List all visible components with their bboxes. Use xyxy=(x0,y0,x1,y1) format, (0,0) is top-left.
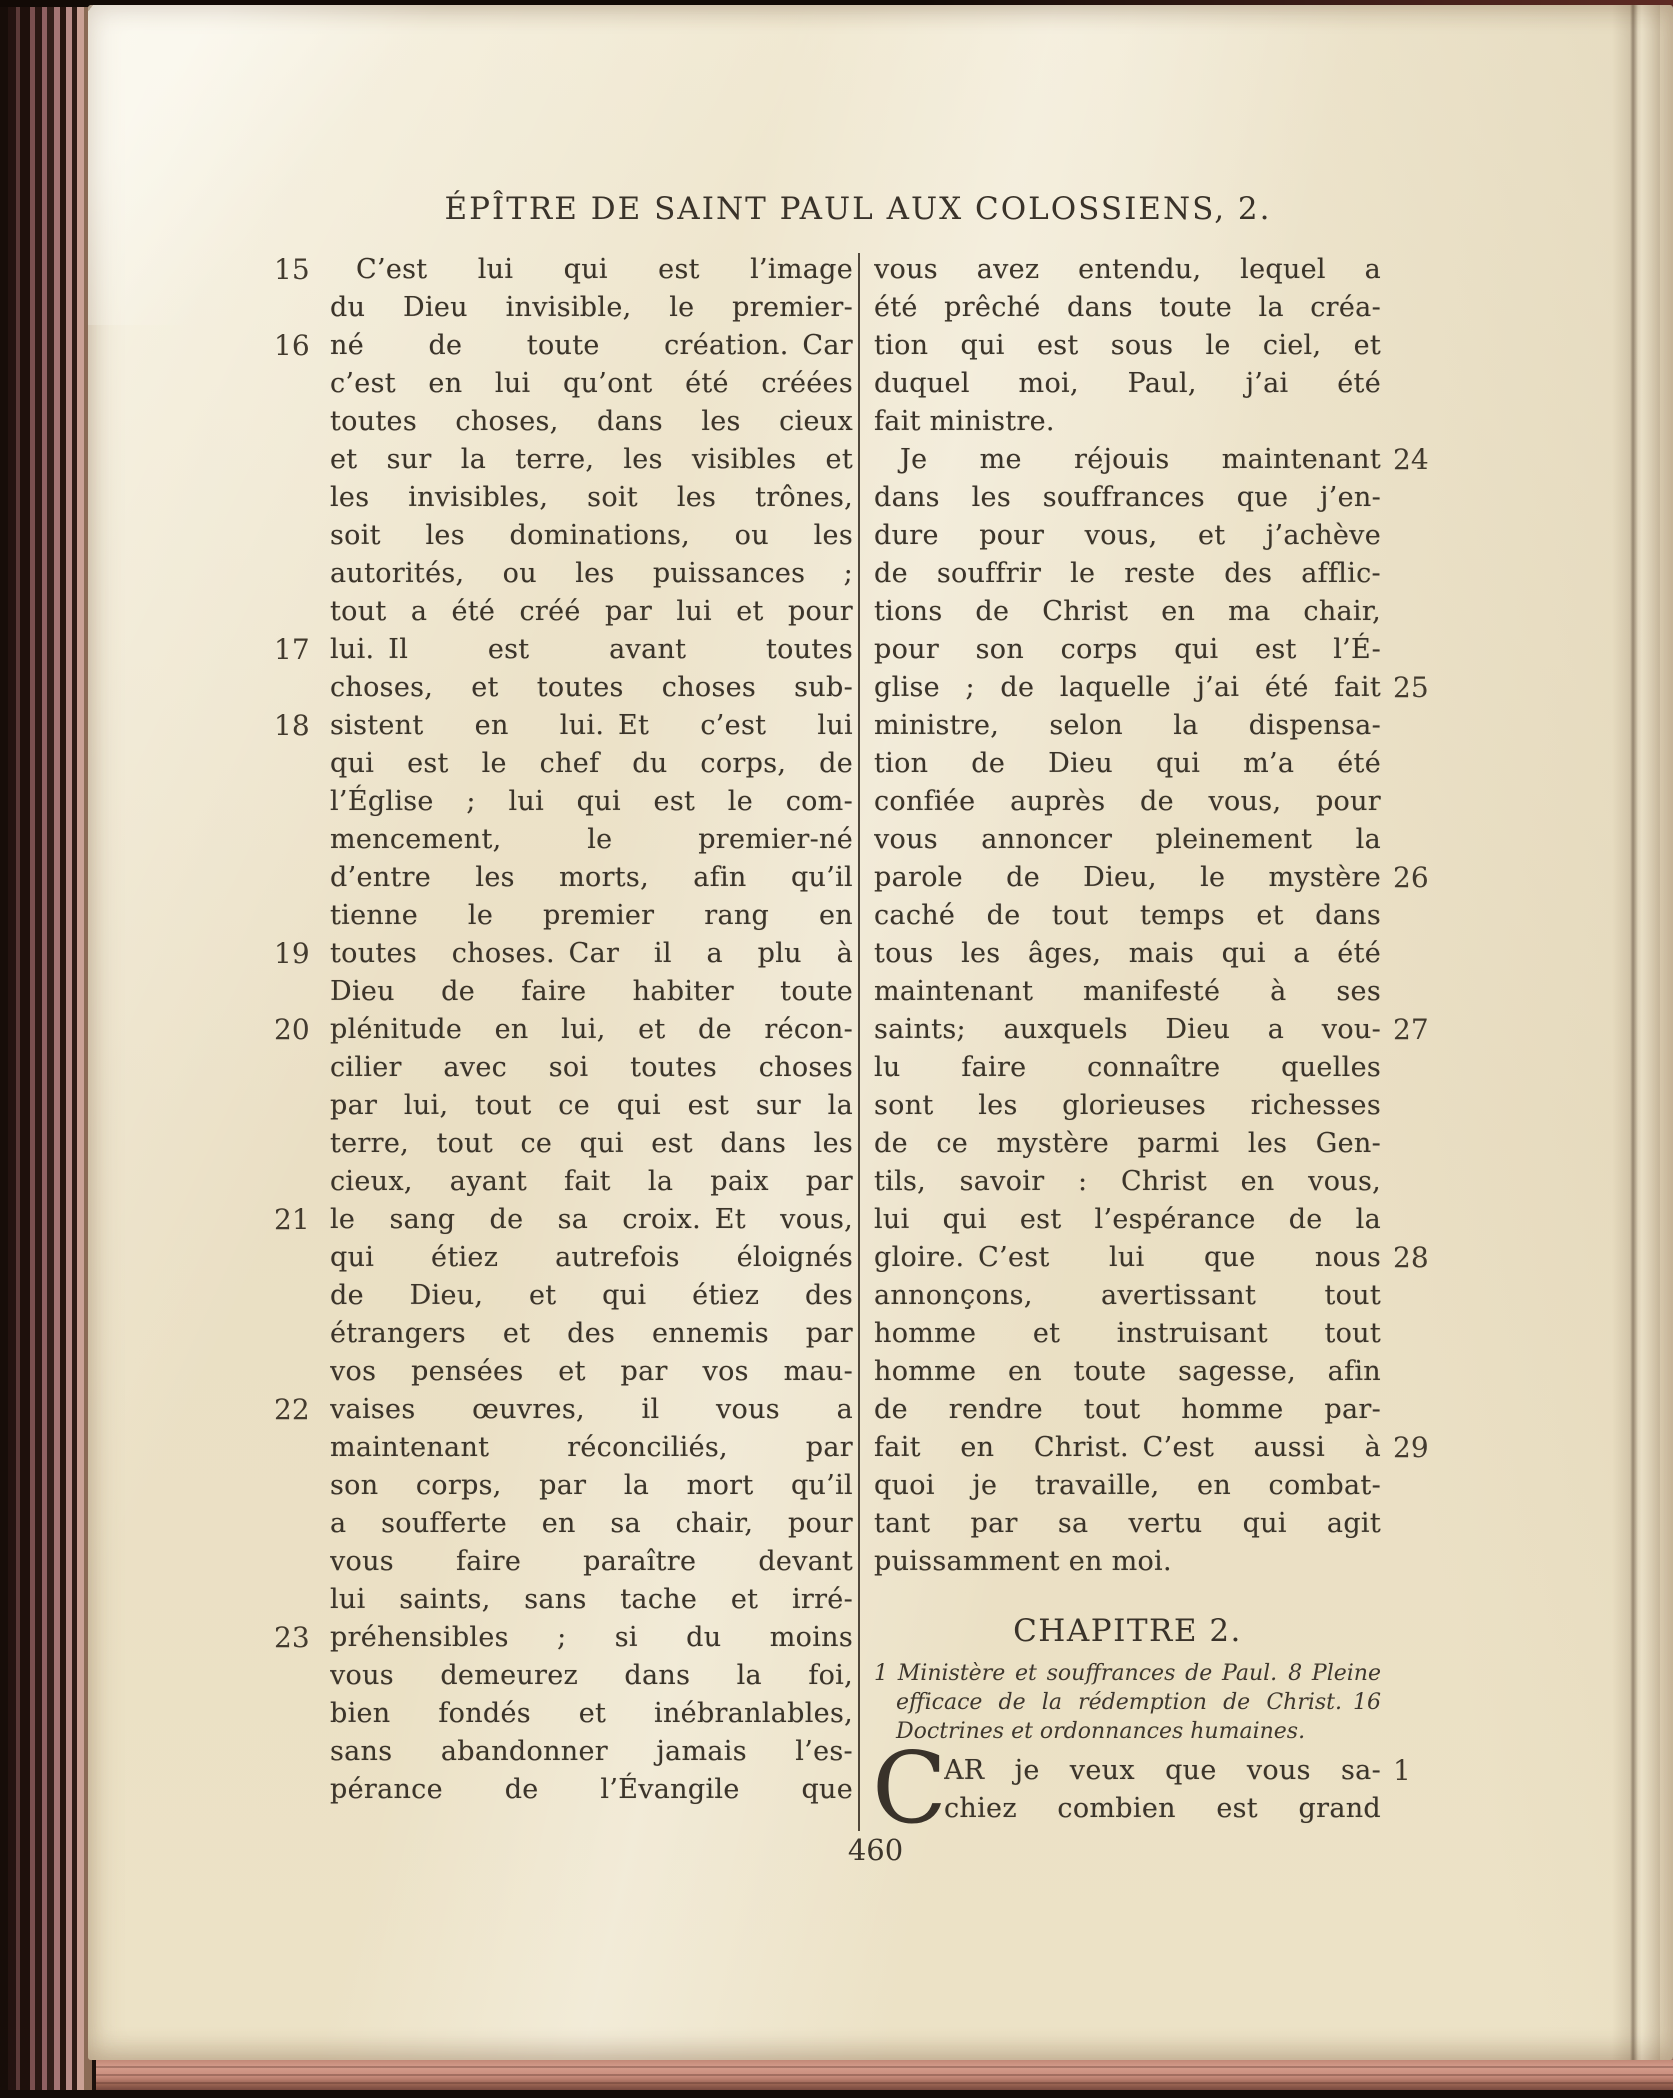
verse-number xyxy=(1393,631,1437,669)
verse-text: de rendre tout homme par- xyxy=(874,1391,1381,1429)
book-edge-bottom-shadow xyxy=(0,2090,1673,2098)
verse-text: l’Église ; lui qui est le com- xyxy=(330,783,853,821)
verse-number xyxy=(268,1733,330,1771)
verse-text: toutes choses. Car il a plu à xyxy=(330,935,853,973)
verse-number xyxy=(268,1087,330,1125)
verse-line: lui qui est l’espérance de la xyxy=(874,1201,1437,1239)
verse-line: 17lui. Il est avant toutes xyxy=(268,631,853,669)
verse-number xyxy=(1393,1049,1437,1087)
book-page-edges-left xyxy=(0,0,92,2098)
verse-text: chiez combien est grand xyxy=(944,1790,1381,1828)
verse-line: 18sistent en lui. Et c’est lui xyxy=(268,707,853,745)
verse-text: le sang de sa croix. Et vous, xyxy=(330,1201,853,1239)
verse-text: caché de tout temps et dans xyxy=(874,897,1381,935)
verse-line: soit les dominations, ou les xyxy=(268,517,853,555)
verse-line: c’est en lui qu’ont été créées xyxy=(268,365,853,403)
verse-line: 19toutes choses. Car il a plu à xyxy=(268,935,853,973)
verse-line: Dieu de faire habiter toute xyxy=(268,973,853,1011)
verse-text: mencement, le premier-né xyxy=(330,821,853,859)
verse-number xyxy=(1393,593,1437,631)
verse-text: par lui, tout ce qui est sur la xyxy=(330,1087,853,1125)
verse-line: 20plénitude en lui, et de récon- xyxy=(268,1011,853,1049)
verse-line: Je me réjouis maintenant24 xyxy=(874,441,1437,479)
verse-text: les invisibles, soit les trônes, xyxy=(330,479,853,517)
verse-text: lu faire connaître quelles xyxy=(874,1049,1381,1087)
verse-text: vous annoncer pleinement la xyxy=(874,821,1381,859)
verse-line: sont les glorieuses richesses xyxy=(874,1087,1437,1125)
verse-number: 17 xyxy=(268,631,330,669)
verse-line: d’entre les morts, afin qu’il xyxy=(268,859,853,897)
verse-text: glise ; de laquelle j’ai été fait xyxy=(874,669,1381,707)
verse-line: l’Église ; lui qui est le com- xyxy=(268,783,853,821)
verse-text: tant par sa vertu qui agit xyxy=(874,1505,1381,1543)
verse-number xyxy=(268,593,330,631)
verse-line: tils, savoir : Christ en vous, xyxy=(874,1163,1437,1201)
verse-line: maintenant réconciliés, par xyxy=(268,1429,853,1467)
verse-text: confiée auprès de vous, pour xyxy=(874,783,1381,821)
verse-text: ministre, selon la dispensa- xyxy=(874,707,1381,745)
verse-line: tions de Christ en ma chair, xyxy=(874,593,1437,631)
chapter-opening-paragraph: CAR je veux que vous sa-1chiez combien e… xyxy=(874,1752,1437,1828)
verse-text: c’est en lui qu’ont été créées xyxy=(330,365,853,403)
verse-text: lui saints, sans tache et irré- xyxy=(330,1581,853,1619)
verse-text: a soufferte en sa chair, pour xyxy=(330,1505,853,1543)
verse-line: de souffrir le reste des afflic- xyxy=(874,555,1437,593)
verse-number xyxy=(1393,707,1437,745)
verse-text: sans abandonner jamais l’es- xyxy=(330,1733,853,1771)
verse-line: de Dieu, et qui étiez des xyxy=(268,1277,853,1315)
verse-line: parole de Dieu, le mystère26 xyxy=(874,859,1437,897)
verse-text: homme en toute sagesse, afin xyxy=(874,1353,1381,1391)
verse-line: AR je veux que vous sa-1 xyxy=(874,1752,1437,1790)
verse-line: les invisibles, soit les trônes, xyxy=(268,479,853,517)
verse-line: lui saints, sans tache et irré- xyxy=(268,1581,853,1619)
verse-text: lui qui est l’espérance de la xyxy=(874,1201,1381,1239)
verse-number xyxy=(268,1581,330,1619)
verse-text: fait ministre. xyxy=(874,403,1381,441)
verse-line: tienne le premier rang en xyxy=(268,897,853,935)
verse-text: cilier avec soi toutes choses xyxy=(330,1049,853,1087)
verse-number xyxy=(1393,251,1437,289)
verse-text: qui est le chef du corps, de xyxy=(330,745,853,783)
verse-number xyxy=(1393,555,1437,593)
verse-line: saints; auxquels Dieu a vou-27 xyxy=(874,1011,1437,1049)
verse-text: tils, savoir : Christ en vous, xyxy=(874,1163,1381,1201)
verse-text: tous les âges, mais qui a été xyxy=(874,935,1381,973)
verse-number xyxy=(268,365,330,403)
verse-number xyxy=(268,1505,330,1543)
verse-line: glise ; de laquelle j’ai été fait25 xyxy=(874,669,1437,707)
verse-text: vous demeurez dans la foi, xyxy=(330,1657,853,1695)
verse-text: préhensibles ; si du moins xyxy=(330,1619,853,1657)
verse-number xyxy=(268,1315,330,1353)
verse-line: et sur la terre, les visibles et xyxy=(268,441,853,479)
verse-text: sont les glorieuses richesses xyxy=(874,1087,1381,1125)
verse-text: gloire. C’est lui que nous xyxy=(874,1239,1381,1277)
verse-number xyxy=(268,1277,330,1315)
verse-text: de Dieu, et qui étiez des xyxy=(330,1277,853,1315)
verse-line: ministre, selon la dispensa- xyxy=(874,707,1437,745)
verse-number xyxy=(268,669,330,707)
verse-number xyxy=(268,1543,330,1581)
verse-number xyxy=(268,555,330,593)
verse-line: 16né de toute création. Car xyxy=(268,327,853,365)
verse-text: quoi je travaille, en combat- xyxy=(874,1467,1381,1505)
verse-text: cieux, ayant fait la paix par xyxy=(330,1163,853,1201)
verse-text: tions de Christ en ma chair, xyxy=(874,593,1381,631)
chapter-summary-line: Doctrines et ordonnances humaines. xyxy=(874,1717,1381,1746)
verse-text: Je me réjouis maintenant xyxy=(874,441,1381,479)
verse-text: choses, et toutes choses sub- xyxy=(330,669,853,707)
verse-number xyxy=(1393,1543,1437,1581)
verse-text: autorités, ou les puissances ; xyxy=(330,555,853,593)
verse-number: 22 xyxy=(268,1391,330,1429)
verse-line: puissamment en moi. xyxy=(874,1543,1437,1581)
verse-line: cilier avec soi toutes choses xyxy=(268,1049,853,1087)
verse-number xyxy=(1393,1163,1437,1201)
verse-number xyxy=(268,1049,330,1087)
verse-line: vous demeurez dans la foi, xyxy=(268,1657,853,1695)
page-fold-crease xyxy=(1612,5,1660,2060)
verse-text: pour son corps qui est l’É- xyxy=(874,631,1381,669)
verse-text: vous faire paraître devant xyxy=(330,1543,853,1581)
verse-number xyxy=(1393,1125,1437,1163)
verse-line: 23préhensibles ; si du moins xyxy=(268,1619,853,1657)
verse-line: sans abandonner jamais l’es- xyxy=(268,1733,853,1771)
verse-text: de souffrir le reste des afflic- xyxy=(874,555,1381,593)
verse-line: de rendre tout homme par- xyxy=(874,1391,1437,1429)
verse-number xyxy=(1393,1391,1437,1429)
verse-line: tion de Dieu qui m’a été xyxy=(874,745,1437,783)
verse-text: sistent en lui. Et c’est lui xyxy=(330,707,853,745)
verse-number xyxy=(1393,1201,1437,1239)
book-page-edges-bottom xyxy=(96,2058,1673,2092)
verse-text: vous avez entendu, lequel a xyxy=(874,251,1381,289)
verse-line: pour son corps qui est l’É- xyxy=(874,631,1437,669)
verse-number xyxy=(1393,783,1437,821)
verse-number: 23 xyxy=(268,1619,330,1657)
verse-text: saints; auxquels Dieu a vou- xyxy=(874,1011,1381,1049)
verse-number xyxy=(268,1163,330,1201)
verse-line: terre, tout ce qui est dans les xyxy=(268,1125,853,1163)
verse-text: parole de Dieu, le mystère xyxy=(874,859,1381,897)
verse-line: fait en Christ. C’est aussi à29 xyxy=(874,1429,1437,1467)
verse-number: 19 xyxy=(268,935,330,973)
verse-number xyxy=(1393,1277,1437,1315)
verse-number: 24 xyxy=(1393,441,1437,479)
verse-text: dure pour vous, et j’achève xyxy=(874,517,1381,555)
verse-number: 25 xyxy=(1393,669,1437,707)
book-scan: { "header": { "title": "ÉPÎTRE DE SAINT … xyxy=(0,0,1673,2098)
verse-text: Dieu de faire habiter toute xyxy=(330,973,853,1011)
verse-text: de ce mystère parmi les Gen- xyxy=(874,1125,1381,1163)
verse-text: duquel moi, Paul, j’ai été xyxy=(874,365,1381,403)
verse-number xyxy=(268,289,330,327)
verse-number xyxy=(268,973,330,1011)
verse-line: lu faire connaître quelles xyxy=(874,1049,1437,1087)
verse-number xyxy=(268,821,330,859)
verse-line: duquel moi, Paul, j’ai été xyxy=(874,365,1437,403)
verse-line: 22vaises œuvres, il vous a xyxy=(268,1391,853,1429)
verse-number: 28 xyxy=(1393,1239,1437,1277)
verse-number xyxy=(1393,821,1437,859)
verse-number: 20 xyxy=(268,1011,330,1049)
verse-number: 18 xyxy=(268,707,330,745)
verse-line: confiée auprès de vous, pour xyxy=(874,783,1437,821)
verse-number xyxy=(268,1657,330,1695)
verse-number xyxy=(1393,1353,1437,1391)
left-column: 15C’est lui qui est l’imagedu Dieu invis… xyxy=(268,251,853,1809)
verse-line: homme en toute sagesse, afin xyxy=(874,1353,1437,1391)
verse-line: tion qui est sous le ciel, et xyxy=(874,327,1437,365)
verse-text: homme et instruisant tout xyxy=(874,1315,1381,1353)
verse-line: caché de tout temps et dans xyxy=(874,897,1437,935)
verse-line: choses, et toutes choses sub- xyxy=(268,669,853,707)
verse-line: quoi je travaille, en combat- xyxy=(874,1467,1437,1505)
verse-number xyxy=(268,745,330,783)
verse-line: 15C’est lui qui est l’image xyxy=(268,251,853,289)
verse-text: étrangers et des ennemis par xyxy=(330,1315,853,1353)
verse-text: annonçons, avertissant tout xyxy=(874,1277,1381,1315)
verse-line: tout a été créé par lui et pour xyxy=(268,593,853,631)
verse-text: fait en Christ. C’est aussi à xyxy=(874,1429,1381,1467)
verse-number: 15 xyxy=(268,251,330,289)
verse-number: 16 xyxy=(268,327,330,365)
verse-text: bien fondés et inébranlables, xyxy=(330,1695,853,1733)
verse-number: 29 xyxy=(1393,1429,1437,1467)
verse-number xyxy=(1393,517,1437,555)
chapter-heading: CHAPITRE 2. xyxy=(874,1611,1381,1651)
verse-text: C’est lui qui est l’image xyxy=(330,251,853,289)
verse-text: tout a été créé par lui et pour xyxy=(330,593,853,631)
verse-text: lui. Il est avant toutes xyxy=(330,631,853,669)
verse-number xyxy=(1393,935,1437,973)
verse-line: maintenant manifesté à ses xyxy=(874,973,1437,1011)
chapter-summary-line: efficace de la rédemption de Christ. 16 xyxy=(874,1688,1381,1717)
running-header: ÉPÎTRE DE SAINT PAUL AUX COLOSSIENS, 2. xyxy=(88,191,1628,227)
verse-line: dure pour vous, et j’achève xyxy=(874,517,1437,555)
verse-number xyxy=(268,859,330,897)
verse-text: qui étiez autrefois éloignés xyxy=(330,1239,853,1277)
verse-line: été prêché dans toute la créa- xyxy=(874,289,1437,327)
verse-text: pérance de l’Évangile que xyxy=(330,1771,853,1809)
verse-number xyxy=(268,1467,330,1505)
chapter-summary-line: 1 Ministère et souffrances de Paul. 8 Pl… xyxy=(874,1659,1381,1688)
verse-number xyxy=(1393,1505,1437,1543)
verse-line: pérance de l’Évangile que xyxy=(268,1771,853,1809)
verse-number xyxy=(268,783,330,821)
verse-number xyxy=(1393,897,1437,935)
verse-line: cieux, ayant fait la paix par xyxy=(268,1163,853,1201)
verse-line: son corps, par la mort qu’il xyxy=(268,1467,853,1505)
verse-line: homme et instruisant tout xyxy=(874,1315,1437,1353)
verse-text: d’entre les morts, afin qu’il xyxy=(330,859,853,897)
verse-text: du Dieu invisible, le premier- xyxy=(330,289,853,327)
verse-line: vous avez entendu, lequel a xyxy=(874,251,1437,289)
verse-line: qui étiez autrefois éloignés xyxy=(268,1239,853,1277)
verse-line: tant par sa vertu qui agit xyxy=(874,1505,1437,1543)
verse-number xyxy=(1393,745,1437,783)
verse-number xyxy=(268,1771,330,1809)
verse-text: maintenant réconciliés, par xyxy=(330,1429,853,1467)
verse-number xyxy=(1393,327,1437,365)
verse-line: vous annoncer pleinement la xyxy=(874,821,1437,859)
verse-text: né de toute création. Car xyxy=(330,327,853,365)
verse-number xyxy=(268,441,330,479)
verse-line: toutes choses, dans les cieux xyxy=(268,403,853,441)
right-column: vous avez entendu, lequel aété prêché da… xyxy=(874,251,1437,1828)
verse-line: vous faire paraître devant xyxy=(268,1543,853,1581)
column-divider xyxy=(858,253,860,1831)
page: ÉPÎTRE DE SAINT PAUL AUX COLOSSIENS, 2. … xyxy=(88,5,1673,2060)
verse-line: vos pensées et par vos mau- xyxy=(268,1353,853,1391)
verse-number xyxy=(268,1125,330,1163)
verse-line: chiez combien est grand xyxy=(874,1790,1437,1828)
verse-number: 27 xyxy=(1393,1011,1437,1049)
verse-line: par lui, tout ce qui est sur la xyxy=(268,1087,853,1125)
verse-line: qui est le chef du corps, de xyxy=(268,745,853,783)
verse-number xyxy=(1393,973,1437,1011)
verse-text: tienne le premier rang en xyxy=(330,897,853,935)
verse-text: soit les dominations, ou les xyxy=(330,517,853,555)
verse-line: fait ministre. xyxy=(874,403,1437,441)
verse-number xyxy=(1393,289,1437,327)
verse-number xyxy=(268,403,330,441)
verse-number xyxy=(268,897,330,935)
verse-number xyxy=(1393,1790,1437,1828)
verse-line: annonçons, avertissant tout xyxy=(874,1277,1437,1315)
verse-line: bien fondés et inébranlables, xyxy=(268,1695,853,1733)
verse-line: a soufferte en sa chair, pour xyxy=(268,1505,853,1543)
verse-number xyxy=(1393,1315,1437,1353)
verse-text: terre, tout ce qui est dans les xyxy=(330,1125,853,1163)
verse-number: 1 xyxy=(1393,1752,1437,1790)
verse-text: plénitude en lui, et de récon- xyxy=(330,1011,853,1049)
verse-number xyxy=(1393,1087,1437,1125)
verse-line: gloire. C’est lui que nous28 xyxy=(874,1239,1437,1277)
verse-text: AR je veux que vous sa- xyxy=(944,1752,1381,1790)
verse-number xyxy=(268,517,330,555)
verse-line: autorités, ou les puissances ; xyxy=(268,555,853,593)
verse-text: toutes choses, dans les cieux xyxy=(330,403,853,441)
verse-line: mencement, le premier-né xyxy=(268,821,853,859)
verse-number xyxy=(268,1353,330,1391)
verse-line: de ce mystère parmi les Gen- xyxy=(874,1125,1437,1163)
verse-number xyxy=(268,1429,330,1467)
verse-number xyxy=(268,479,330,517)
verse-text: puissamment en moi. xyxy=(874,1543,1381,1581)
verse-line: tous les âges, mais qui a été xyxy=(874,935,1437,973)
verse-text: son corps, par la mort qu’il xyxy=(330,1467,853,1505)
verse-text: maintenant manifesté à ses xyxy=(874,973,1381,1011)
verse-number xyxy=(1393,365,1437,403)
verse-number xyxy=(1393,403,1437,441)
verse-text: dans les souffrances que j’en- xyxy=(874,479,1381,517)
verse-line: du Dieu invisible, le premier- xyxy=(268,289,853,327)
page-number: 460 xyxy=(88,1833,1663,1867)
verse-text: été prêché dans toute la créa- xyxy=(874,289,1381,327)
verse-number xyxy=(268,1239,330,1277)
drop-cap: C xyxy=(872,1746,947,1832)
verse-text: et sur la terre, les visibles et xyxy=(330,441,853,479)
verse-text: vos pensées et par vos mau- xyxy=(330,1353,853,1391)
verse-line: 21le sang de sa croix. Et vous, xyxy=(268,1201,853,1239)
verse-number: 26 xyxy=(1393,859,1437,897)
verse-number xyxy=(1393,1467,1437,1505)
verse-text: tion de Dieu qui m’a été xyxy=(874,745,1381,783)
verse-text: vaises œuvres, il vous a xyxy=(330,1391,853,1429)
verse-number xyxy=(268,1695,330,1733)
verse-line: dans les souffrances que j’en- xyxy=(874,479,1437,517)
verse-number xyxy=(1393,479,1437,517)
verse-number: 21 xyxy=(268,1201,330,1239)
verse-line: étrangers et des ennemis par xyxy=(268,1315,853,1353)
verse-text: tion qui est sous le ciel, et xyxy=(874,327,1381,365)
